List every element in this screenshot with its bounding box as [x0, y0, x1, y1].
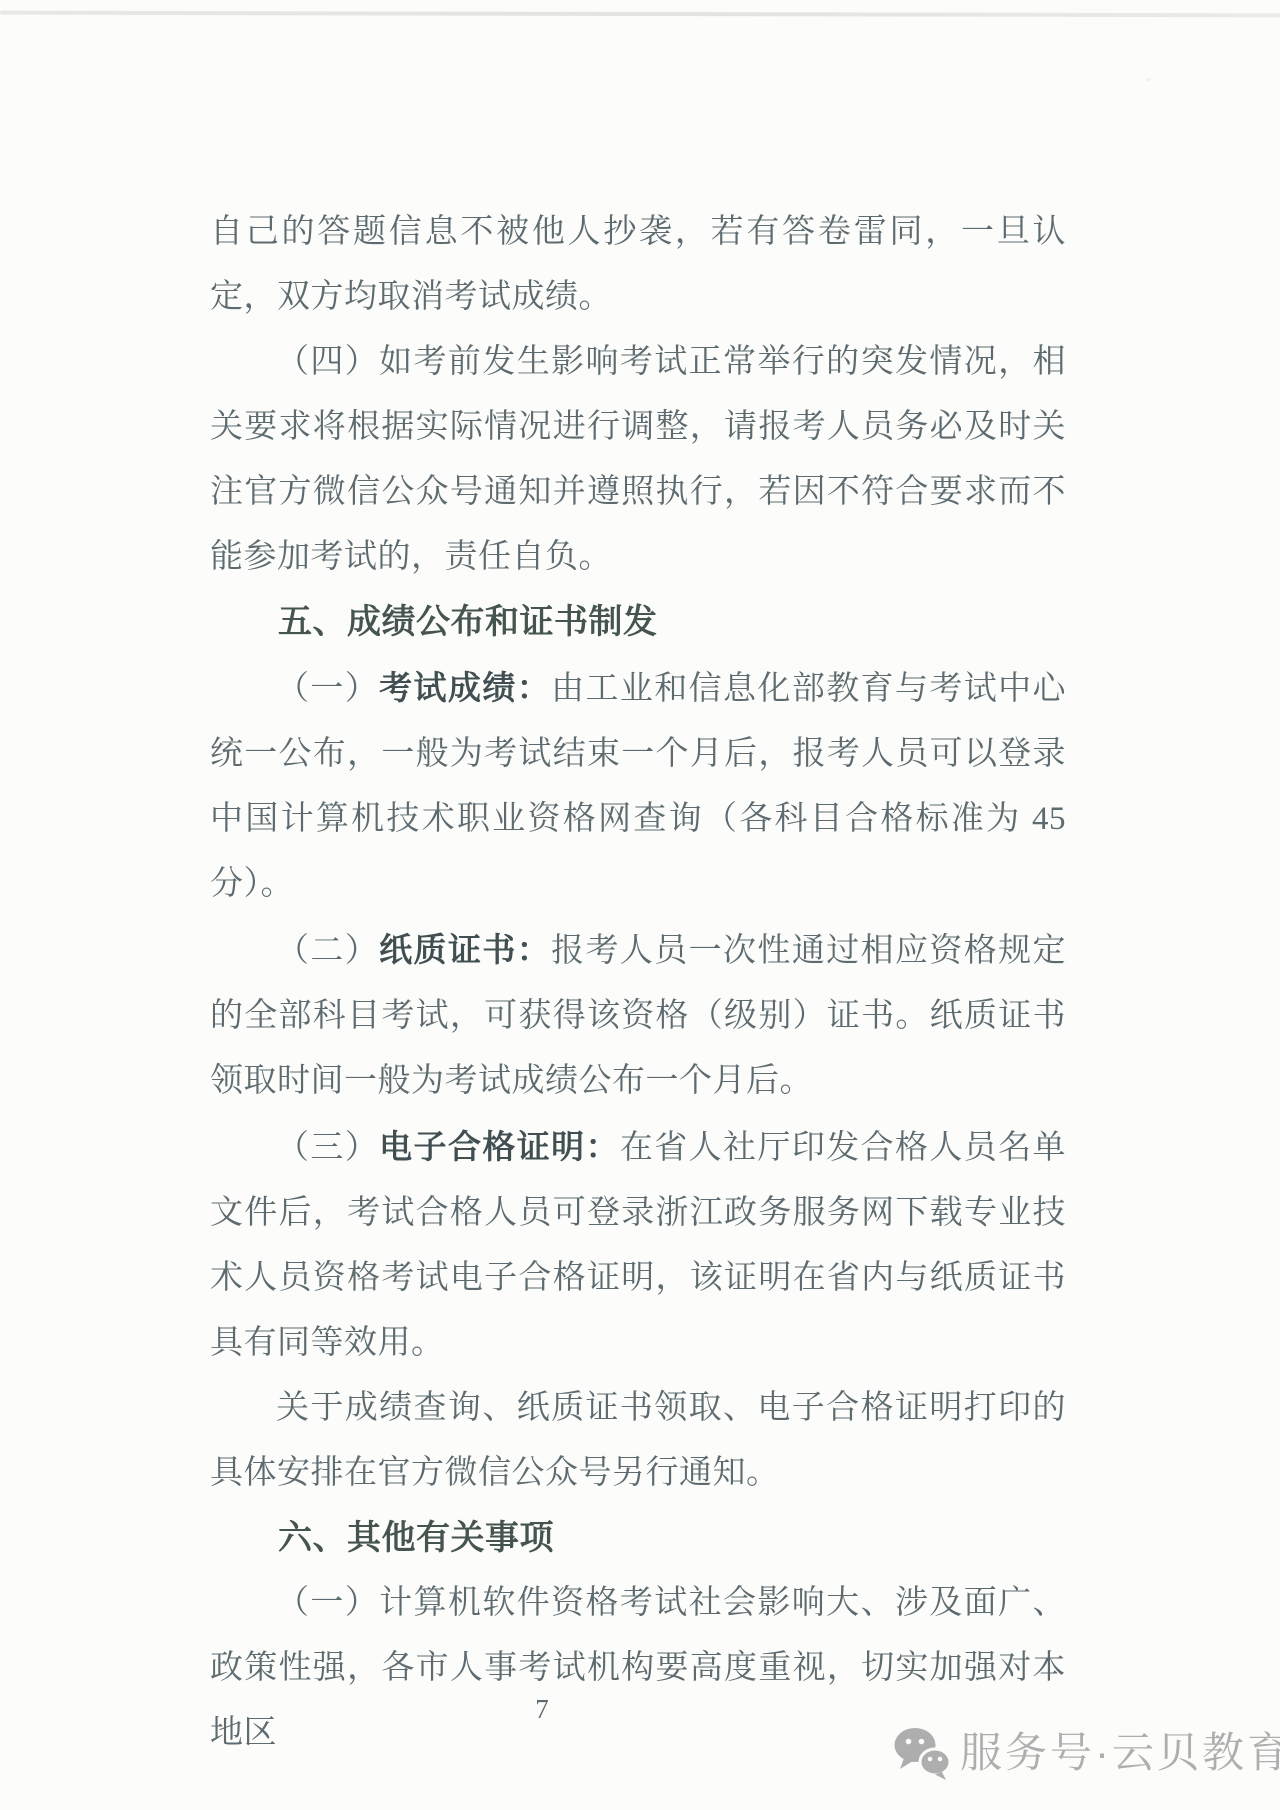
- list-marker: （一）: [276, 671, 379, 707]
- scan-artifact-top-edge: [0, 11, 1280, 18]
- term-label: 纸质证书：: [379, 931, 551, 968]
- document-page: 自己的答题信息不被他人抄袭，若有答卷雷同，一旦认定，双方均取消考试成绩。 （四）…: [0, 0, 1280, 1810]
- section-heading: 五、成绩公布和证书制发: [210, 590, 1066, 655]
- scan-artifact-dot: [1146, 78, 1151, 81]
- paragraph: （三）电子合格证明：在省人社厅印发合格人员名单文件后，考试合格人员可登录浙江政务…: [210, 1114, 1066, 1376]
- section-heading: 六、其他有关事项: [210, 1506, 1066, 1571]
- paragraph: （四）如考前发生影响考试正常举行的突发情况，相关要求将根据实际情况进行调整，请报…: [210, 330, 1066, 590]
- watermark: 服务号·云贝教育: [892, 1724, 1280, 1782]
- list-marker: （三）: [276, 1130, 379, 1166]
- term-label: 电子合格证明：: [379, 1128, 620, 1165]
- paragraph: 自己的答题信息不被他人抄袭，若有答卷雷同，一旦认定，双方均取消考试成绩。: [210, 200, 1066, 330]
- paragraph: （一）考试成绩：由工业和信息化部教育与考试中心统一公布，一般为考试结束一个月后，…: [210, 655, 1066, 917]
- document-body: 自己的答题信息不被他人抄袭，若有答卷雷同，一旦认定，双方均取消考试成绩。 （四）…: [210, 200, 1066, 1766]
- paragraph: 关于成绩查询、纸质证书领取、电子合格证明打印的具体安排在官方微信公众号另行通知。: [210, 1376, 1066, 1506]
- page-number: 7: [522, 1694, 562, 1725]
- list-marker: （二）: [276, 933, 379, 969]
- paragraph: （二）纸质证书：报考人员一次性通过相应资格规定的全部科目考试，可获得该资格（级别…: [210, 917, 1066, 1114]
- wechat-icon: [892, 1726, 952, 1780]
- term-label: 考试成绩：: [379, 669, 551, 706]
- watermark-text: 服务号·云贝教育: [960, 1724, 1280, 1782]
